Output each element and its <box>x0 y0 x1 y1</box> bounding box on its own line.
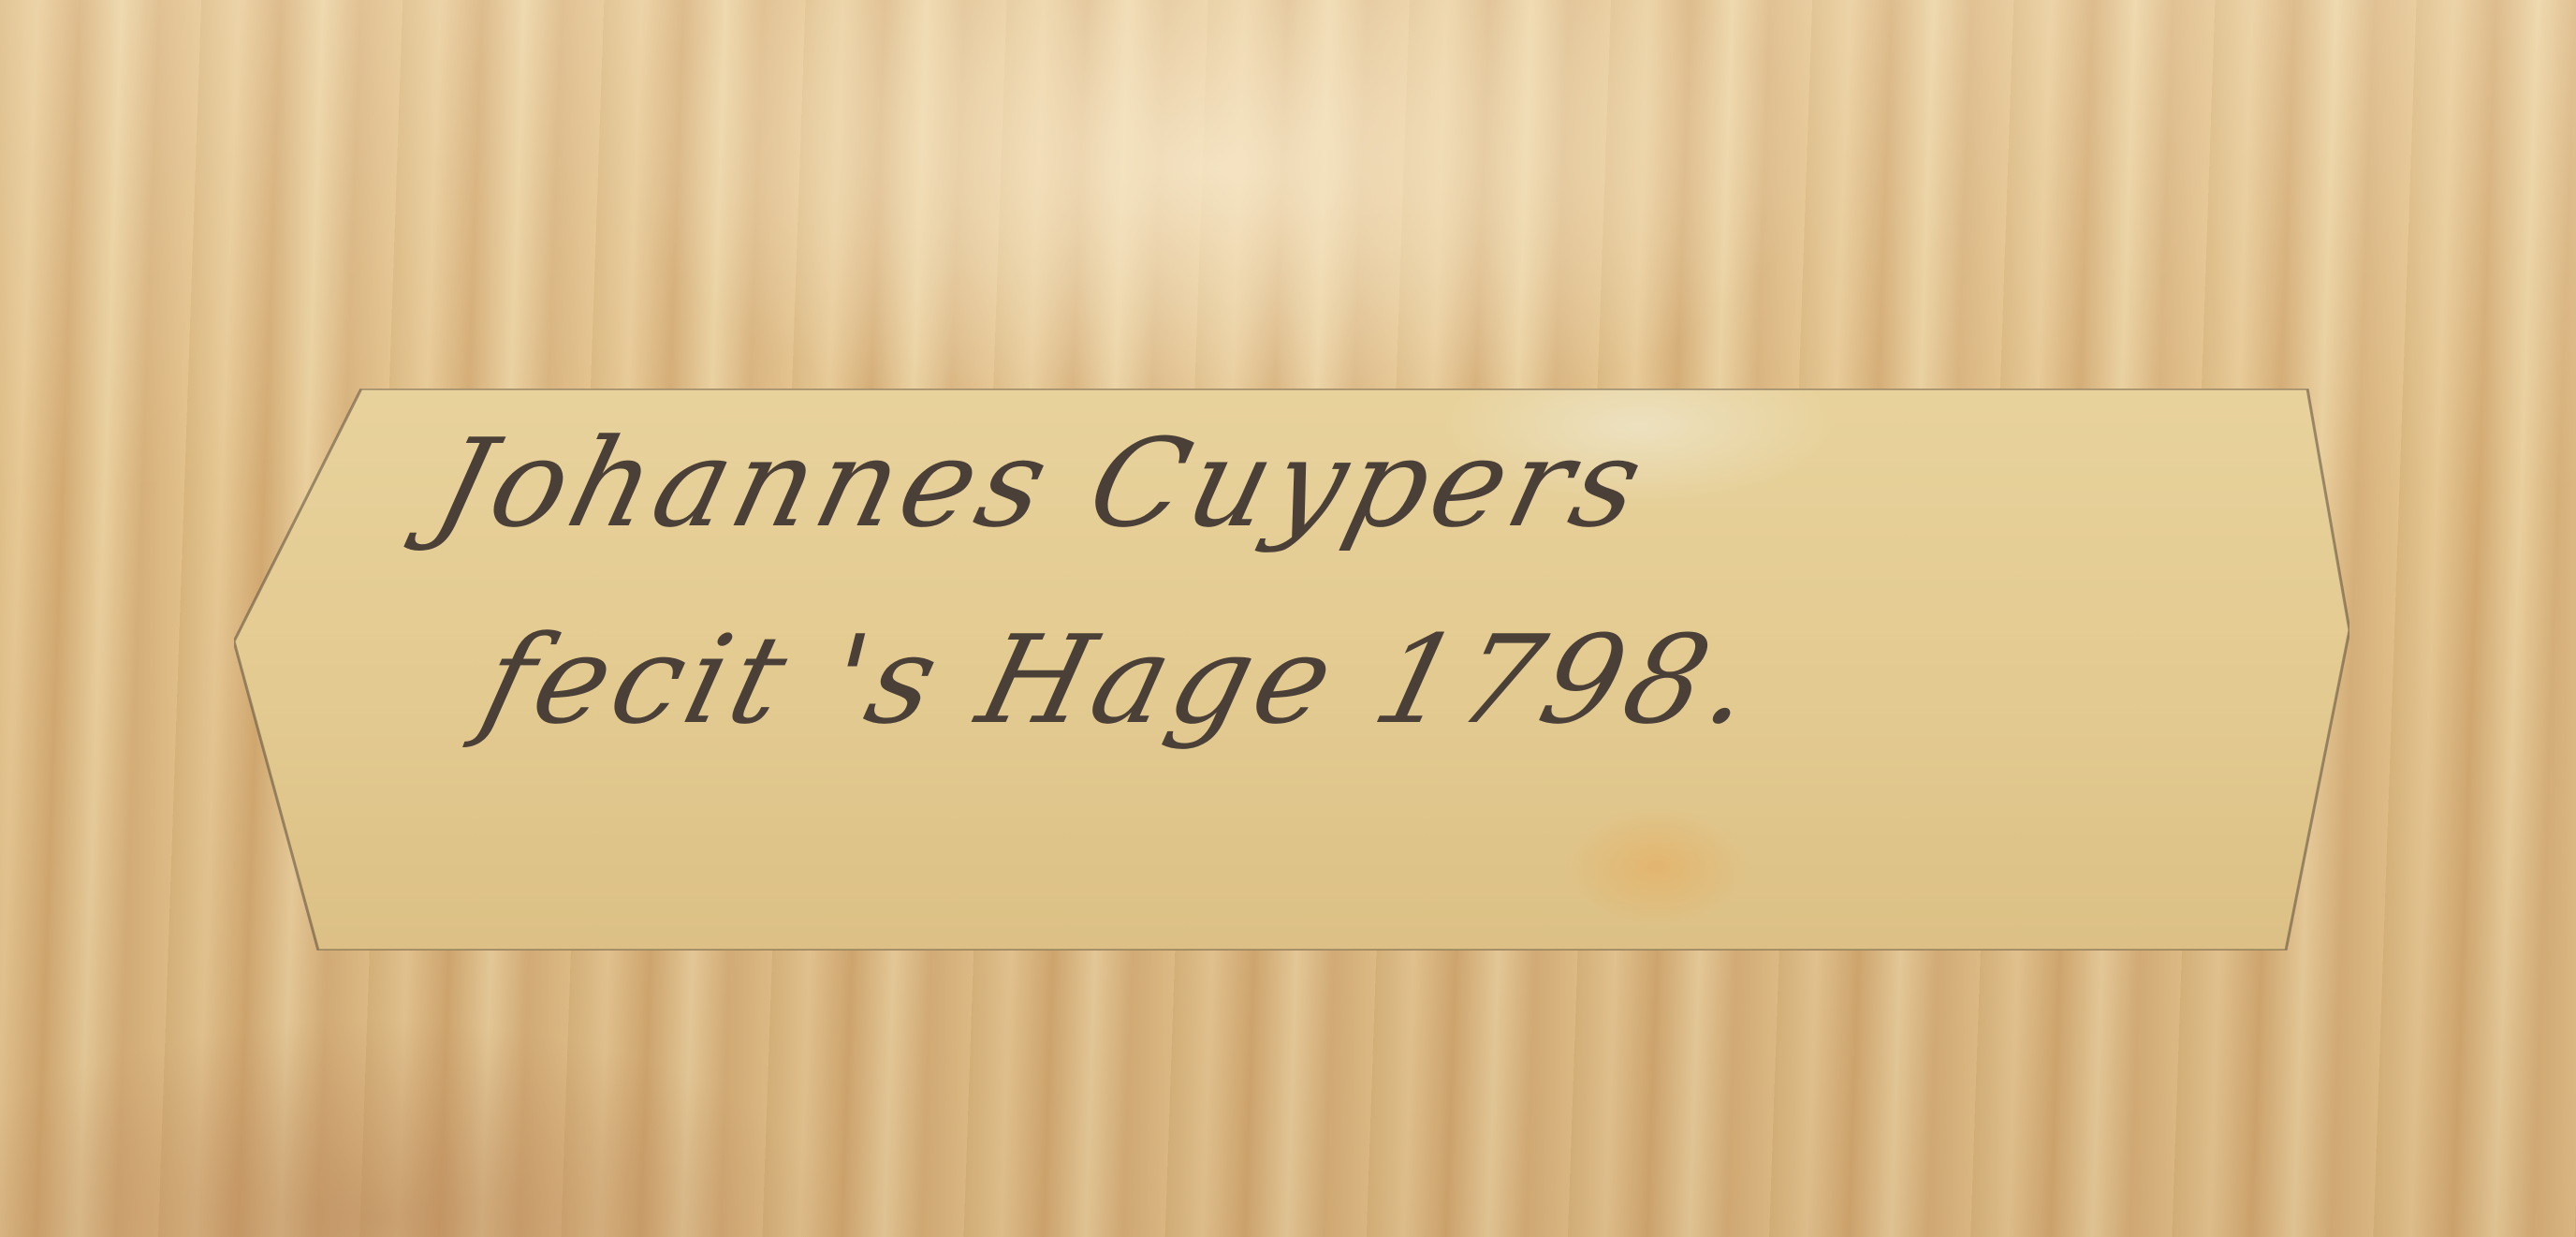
label-place-date: fecit 's Hage 1798. <box>469 609 1773 751</box>
label-maker-name: Johannes Cuypers <box>422 412 1661 554</box>
